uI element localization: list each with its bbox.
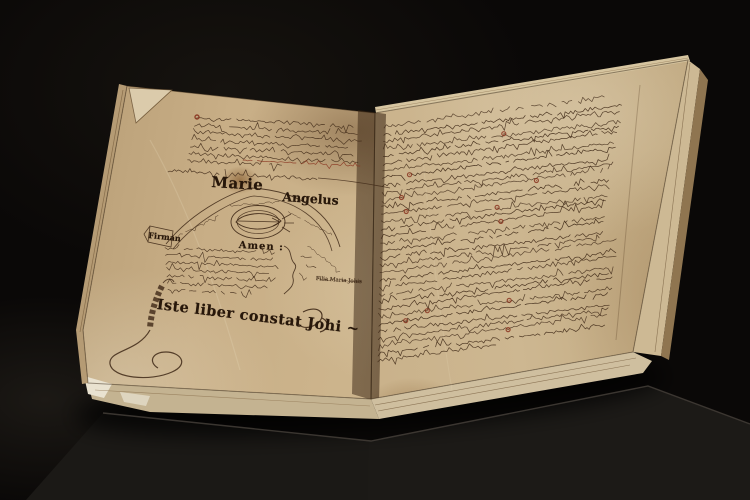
left-page-text-block xyxy=(165,245,316,298)
amen-caption-label: Amen : xyxy=(238,240,284,253)
folded-corner xyxy=(129,88,172,123)
photo-scene: Marie Angelus Firman Amen : Iste liber c… xyxy=(0,0,750,500)
manuscript-ink-layer xyxy=(0,0,750,500)
right-page-handwriting xyxy=(378,96,622,365)
medallion-drawing xyxy=(231,206,294,239)
word-marie-label: Marie xyxy=(211,173,264,194)
left-page-handwriting xyxy=(168,115,390,188)
